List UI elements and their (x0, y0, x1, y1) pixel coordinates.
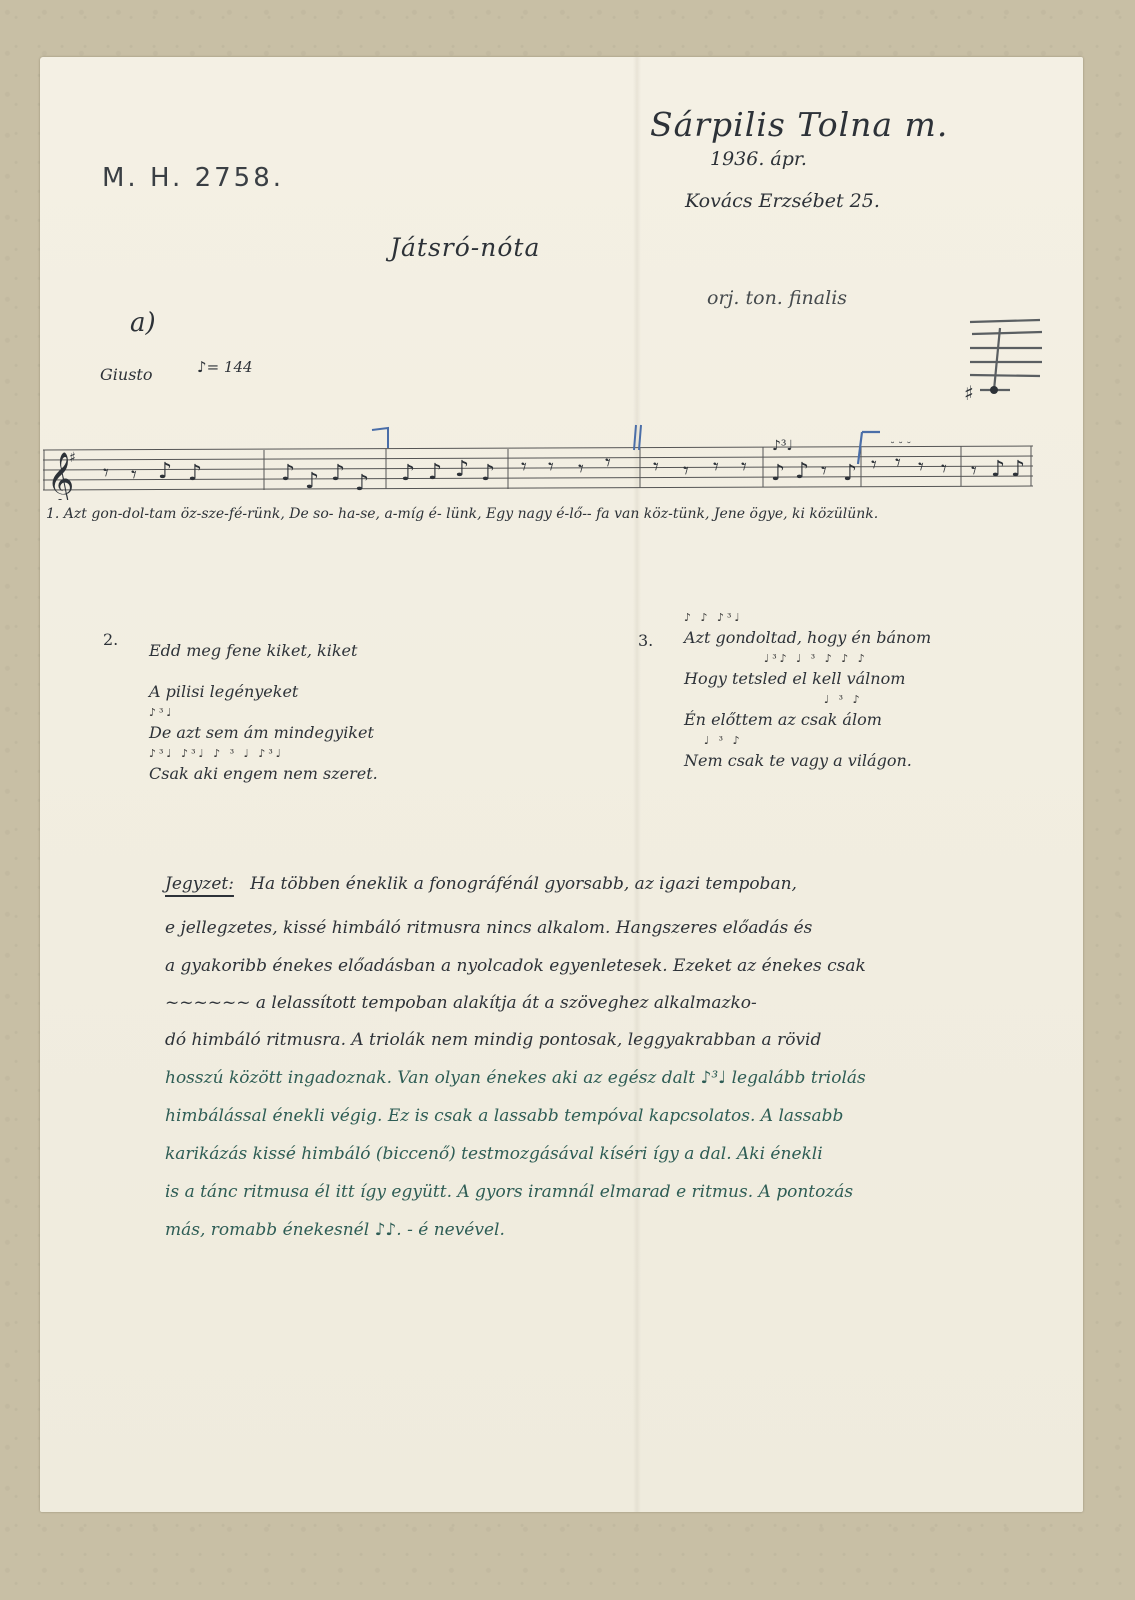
svg-text:˘ ˘ ˘: ˘ ˘ ˘ (890, 442, 911, 453)
stanza-line: Nem csak te vagy a világon. (684, 746, 931, 776)
song-title: Játsró-nóta (390, 233, 540, 262)
rhythm-mark: ♪³♩ (149, 707, 378, 718)
stanza-number: 2. (103, 625, 118, 655)
stanza-line: A pilisi legényeket (149, 677, 378, 707)
stanza-line: Azt gondoltad, hogy én bánom (684, 623, 931, 653)
stanza-line: Én előttem az csak álom (684, 705, 931, 735)
svg-text:♪: ♪ (331, 461, 345, 486)
stanza-line: De azt sem ám mindegyiket (149, 718, 378, 748)
svg-text:♪: ♪ (355, 471, 369, 496)
final-pitch-staff-icon: ♯ (960, 318, 1045, 408)
svg-text:𝄾: 𝄾 (103, 461, 109, 486)
note-line: Ha többen éneklik a fonográfénál gyorsab… (250, 874, 797, 894)
collection-place: Sárpilis Tolna m. (650, 105, 948, 144)
note-line: dó himbáló ritmusra. A triolák nem mindi… (165, 1030, 821, 1050)
rhythm-mark (149, 666, 378, 677)
rhythm-mark: ♩³♪ ♩ ³ ♪ ♪ ♪ (684, 653, 931, 664)
stanza-line: Hogy tetsled el kell válnom (684, 664, 931, 694)
stanza-2: 2. Edd meg fene kiket, kiket A pilisi le… (103, 625, 443, 785)
note-line: más, romabb énekesnél ♪♪. - é nevével. (165, 1220, 505, 1240)
svg-text:♪: ♪ (158, 459, 172, 484)
collection-date: 1936. ápr. (710, 148, 807, 170)
stanza-line: Csak aki engem nem szeret. (149, 759, 378, 789)
staff-annotations: ♪³♩ ˘ ˘ ˘ (360, 420, 1060, 470)
rhythm-mark: ♪³♩ ♪³♩ ♪ ³ ♩ ♪³♩ (149, 748, 378, 759)
stanza-3: 3. ♪ ♪ ♪³♩ Azt gondoltad, hogy én bánom … (638, 612, 998, 812)
svg-text:♪: ♪ (188, 461, 202, 486)
svg-text:♪: ♪ (305, 469, 319, 494)
rhythm-mark (149, 625, 378, 636)
note-line: a gyakoribb énekes előadásban a nyolcado… (165, 956, 866, 976)
rhythm-mark: ♩ ³ ♪ (684, 694, 931, 705)
singer-name: Kovács Erzsébet 25. (685, 190, 880, 212)
note-label: Jegyzet: (165, 874, 234, 894)
stanza-line: Edd meg fene kiket, kiket (149, 636, 378, 666)
sharp-icon: ♯ (964, 381, 974, 405)
rhythm-mark: ♩ ³ ♪ (684, 735, 931, 746)
note-line: karikázás kissé himbáló (biccenő) testmo… (165, 1144, 823, 1164)
original-pitch-label: orj. ton. finalis (707, 287, 847, 309)
svg-text:𝄾: 𝄾 (131, 463, 137, 488)
stanza-1-lyrics: 1. Azt gon-dol-tam öz-sze-fé-rünk, De so… (46, 506, 878, 522)
note-line: e jellegzetes, kissé himbáló ritmusra ni… (165, 918, 812, 938)
stanza-number: 3. (638, 626, 653, 656)
svg-text:♪³♩: ♪³♩ (772, 438, 793, 454)
svg-text:♪: ♪ (281, 461, 295, 486)
note-line: is a tánc ritmusa él itt így együtt. A g… (165, 1182, 853, 1202)
note-line: hosszú között ingadoznak. Van olyan ének… (165, 1068, 866, 1088)
rhythm-mark: ♪ ♪ ♪³♩ (684, 612, 931, 623)
variant-label: a) (130, 308, 156, 338)
catalog-number: M. H. 2758. (102, 163, 284, 193)
note-line: himbálással énekli végig. Ez is csak a l… (165, 1106, 843, 1126)
key-signature-sharp-icon: ♯ (69, 450, 76, 466)
metronome-mark: ♪= 144 (197, 358, 253, 376)
tempo-word: Giusto (100, 365, 152, 384)
note-line: ~~~~~~ a lelassított tempoban alakítja á… (165, 993, 757, 1013)
